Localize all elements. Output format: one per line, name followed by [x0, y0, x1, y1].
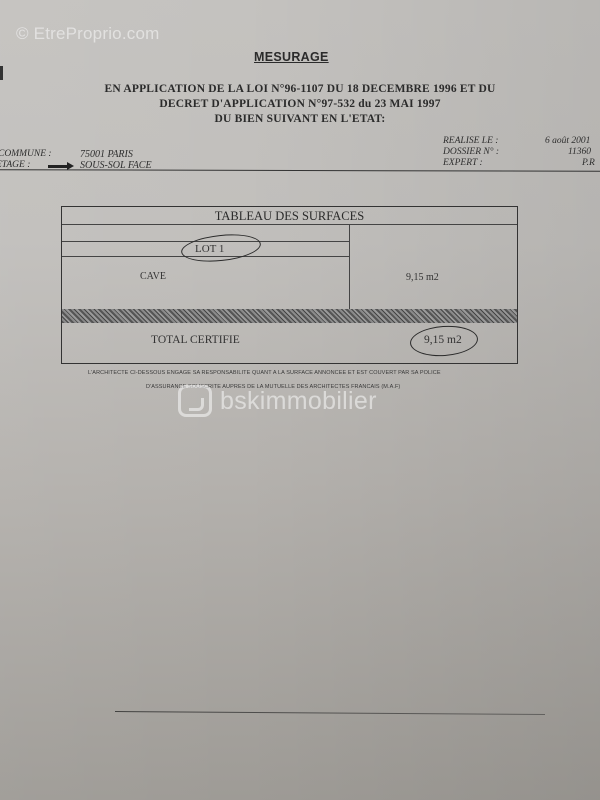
page-edge-mark [0, 66, 3, 80]
row-designation: CAVE [140, 271, 166, 282]
realise-label: REALISE LE : [443, 136, 498, 146]
lot-circle-annotation [180, 231, 262, 265]
dossier-label: DOSSIER N° : [443, 147, 499, 157]
realise-value: 6 août 2001 [545, 136, 590, 146]
arrow-icon [48, 165, 68, 168]
expert-label: EXPERT : [443, 158, 483, 168]
total-circle-annotation [409, 324, 479, 359]
surface-table: TABLEAU DES SURFACES LOT 1 CAVE 9,15 m2 … [61, 206, 518, 364]
bskimmobilier-watermark: bskimmobilier [178, 385, 377, 417]
document-title: MESURAGE [254, 50, 329, 64]
expert-value: P.R [582, 158, 595, 168]
row-surface: 9,15 m2 [406, 272, 439, 283]
law-line-2: DECRET D'APPLICATION N°97-532 du 23 MAI … [80, 98, 520, 110]
etreproprio-watermark: © EtreProprio.com [16, 24, 159, 44]
table-title: TABLEAU DES SURFACES [62, 209, 517, 224]
bsk-brand-text: bskimmobilier [220, 387, 377, 416]
disclaimer-line-1: L'ARCHITECTE CI-DESSOUS ENGAGE SA RESPON… [88, 370, 441, 376]
law-line-3: DU BIEN SUIVANT EN L'ETAT: [80, 113, 520, 125]
dossier-value: 11360 [568, 147, 591, 157]
commune-value: 75001 PARIS [80, 149, 133, 160]
law-line-1: EN APPLICATION DE LA LOI N°96-1107 DU 18… [80, 83, 520, 95]
table-divider [62, 224, 517, 225]
bsk-logo-icon [178, 385, 212, 417]
signature-line [115, 711, 545, 715]
hatched-separator [62, 309, 517, 323]
commune-label: COMMUNE : [0, 149, 52, 159]
total-label: TOTAL CERTIFIE [151, 334, 240, 346]
table-column-divider [349, 224, 350, 309]
